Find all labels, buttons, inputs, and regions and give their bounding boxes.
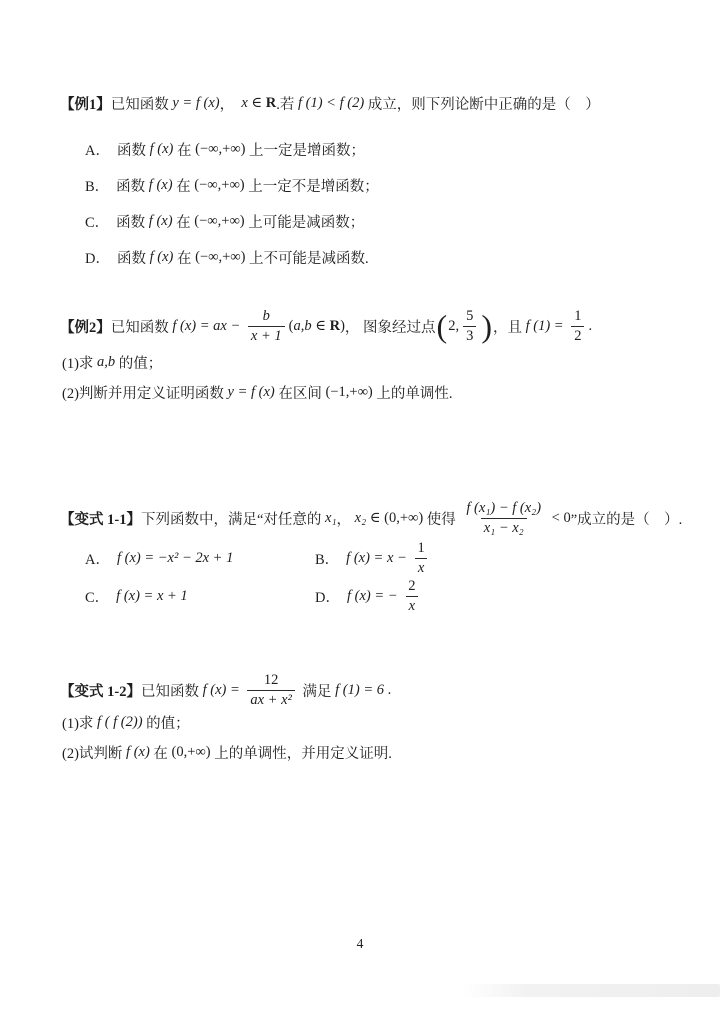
math-f1-equals: f (1) =	[526, 318, 568, 335]
option-tail: 上可能是减函数；	[245, 211, 365, 232]
math-ab: a,b	[97, 354, 115, 371]
question-tail: 的值；	[115, 352, 162, 373]
page-edge-artifact	[462, 984, 720, 997]
option-mid: 在	[173, 247, 195, 268]
option-key: D．	[85, 247, 110, 268]
example2-question2: (2)判断并用定义证明函数 y = f (x) 在区间 (−1,+∞) 上的单调…	[62, 380, 453, 404]
example2-heading: 【例2】 已知函数 f (x) = ax − b x + 1 ( a,b ∈ R…	[60, 302, 592, 350]
fraction-difference-quotient: f (x₁) − f (x₂) x₁ − x₂	[463, 500, 544, 535]
point-x: 2,	[448, 318, 459, 335]
math-fx: f (x)	[149, 213, 173, 230]
math-fx-ax: f (x) = ax −	[172, 318, 244, 335]
option-mid: 在	[173, 175, 195, 196]
fraction-1-over-2: 1 2	[571, 308, 584, 343]
math-interval: (0,+∞)	[384, 510, 427, 527]
fraction-numerator: 2	[405, 578, 418, 595]
question-tail: 的值；	[143, 712, 190, 733]
question-pre: (1)求	[62, 352, 97, 373]
math-ab-in: a,b ∈	[293, 318, 329, 335]
example1-option-c: C． 函数 f (x) 在 (−∞,+∞) 上可能是减函数；	[85, 209, 364, 233]
math-inequality: f (1) < f (2)	[298, 95, 364, 112]
fraction-numerator: 5	[463, 308, 476, 325]
fraction-denominator: x₁ − x₂	[481, 518, 527, 536]
fraction-denominator: x	[415, 558, 427, 576]
math-interval: (0,+∞)	[172, 744, 211, 761]
question-mid: 在区间	[275, 382, 326, 403]
math-x2-in: x₂ ∈	[355, 510, 384, 527]
example1-option-b: B． 函数 f (x) 在 (−∞,+∞) 上一定不是增函数；	[85, 173, 379, 197]
variant11-option-d: D． f (x) = − 2 x	[315, 574, 422, 618]
option-tail: 上一定是增函数；	[245, 139, 365, 160]
option-pre: 函数	[116, 175, 149, 196]
question-pre: (1)求	[62, 712, 97, 733]
example1-lead: 已知函数	[111, 93, 173, 114]
example2-lead: 已知函数	[111, 316, 173, 337]
math-reals-symbol: R	[330, 318, 340, 335]
example2-label: 【例2】	[60, 316, 111, 337]
comma: ，	[345, 316, 363, 337]
fraction-numerator: 12	[261, 672, 282, 689]
question-pre: (2)判断并用定义证明函数	[62, 382, 228, 403]
math-x1: x₁	[325, 510, 336, 527]
fraction-denominator: x + 1	[248, 326, 285, 344]
variant12-lead: 已知函数	[141, 680, 203, 701]
big-paren-close: )	[481, 310, 492, 342]
question-tail: 上的单调性，并用定义证明.	[211, 742, 392, 763]
option-pre: 函数	[117, 139, 150, 160]
option-key: A．	[85, 548, 110, 569]
variant11-label: 【变式 1-1】	[60, 508, 141, 529]
page-number: 4	[357, 936, 364, 952]
option-key: B．	[85, 175, 109, 196]
math-ff2: f ( f (2))	[97, 714, 143, 731]
fraction-numerator: 1	[414, 540, 427, 557]
variant11-mid: 使得	[427, 508, 460, 529]
variant12-heading: 【变式 1-2】 已知函数 f (x) = 12 ax + x² 满足 f (1…	[60, 668, 391, 712]
question-pre: (2)试判断	[62, 742, 126, 763]
option-equation: f (x) = x + 1	[116, 588, 188, 605]
fraction-numerator: 1	[571, 308, 584, 325]
math-interval: (−1,+∞)	[326, 384, 373, 401]
math-x-in: x ∈	[241, 95, 265, 112]
math-fx: f (x)	[149, 177, 173, 194]
option-pre: 函数	[117, 247, 150, 268]
math-less-than-zero: < 0	[548, 510, 571, 527]
variant11-lead: 下列函数中，满足“对任意的	[141, 508, 325, 529]
fraction-1-over-x: 1 x	[414, 540, 427, 575]
math-interval: (−∞,+∞)	[194, 213, 244, 230]
fraction-numerator: f (x₁) − f (x₂)	[463, 500, 544, 517]
option-key: D．	[315, 586, 340, 607]
fraction-numerator: b	[260, 308, 273, 325]
math-fx: f (x)	[150, 249, 174, 266]
fraction-denominator: 3	[463, 326, 476, 344]
option-key: C．	[85, 211, 109, 232]
math-fx: f (x)	[150, 141, 174, 158]
comma: ，	[220, 93, 242, 114]
fraction-denominator: x	[406, 596, 418, 614]
comma: ，	[337, 508, 355, 529]
separator: .若	[276, 93, 298, 114]
option-pre: 函数	[116, 211, 149, 232]
example1-option-d: D． 函数 f (x) 在 (−∞,+∞) 上不可能是减函数.	[85, 245, 369, 269]
option-key: C．	[85, 586, 109, 607]
variant11-option-c: C． f (x) = x + 1	[85, 574, 188, 618]
variant12-mid: 满足	[299, 680, 335, 701]
math-f1-equals-6: f (1) = 6	[335, 682, 384, 699]
option-tail: 上一定不是增函数；	[245, 175, 379, 196]
option-tail: 上不可能是减函数.	[245, 247, 368, 268]
math-fx: f (x)	[126, 744, 150, 761]
example2-mid: 图象经过点	[363, 316, 436, 337]
question-mid: 在	[150, 742, 172, 763]
math-interval: (−∞,+∞)	[194, 177, 244, 194]
example1-tail: 成立，则下列论断中正确的是（ ）	[364, 93, 600, 114]
option-mid: 在	[173, 139, 195, 160]
fraction-denominator: 2	[571, 326, 584, 344]
example1-option-a: A． 函数 f (x) 在 (−∞,+∞) 上一定是增函数；	[85, 137, 365, 161]
variant11-heading: 【变式 1-1】 下列函数中，满足“对任意的 x₁ ， x₂ ∈ (0,+∞) …	[60, 494, 682, 542]
math-reals-symbol: R	[266, 95, 276, 112]
fraction-denominator: ax + x²	[247, 690, 295, 708]
math-interval: (−∞,+∞)	[195, 141, 245, 158]
big-paren-open: (	[437, 310, 448, 342]
math-y-equals-fx: y = f (x)	[228, 384, 275, 401]
fraction-5-over-3: 5 3	[463, 308, 476, 343]
option-equation: f (x) = −	[347, 588, 401, 605]
period: .	[588, 318, 592, 335]
period: .	[384, 682, 391, 699]
worksheet-page: 【例1】 已知函数 y = f (x) ， x ∈ R .若 f (1) < f…	[0, 0, 720, 1018]
variant12-question1: (1)求 f ( f (2)) 的值；	[62, 710, 190, 734]
option-mid: 在	[173, 211, 195, 232]
math-y-equals-fx: y = f (x)	[172, 95, 219, 112]
variant11-tail: ”成立的是（ ）.	[571, 508, 683, 529]
option-key: A．	[85, 139, 110, 160]
fraction-b-over-x-plus-1: b x + 1	[248, 308, 285, 343]
math-interval: (−∞,+∞)	[195, 249, 245, 266]
and-text: ，且	[493, 316, 526, 337]
variant12-label: 【变式 1-2】	[60, 680, 141, 701]
fraction-12-over-ax-plus-x2: 12 ax + x²	[247, 672, 295, 707]
math-fx-equals: f (x) =	[203, 682, 244, 699]
option-equation: f (x) = −x² − 2x + 1	[117, 550, 233, 567]
page-footer: 4	[0, 934, 720, 954]
example2-question1: (1)求 a,b 的值；	[62, 350, 162, 374]
option-equation: f (x) = x −	[346, 550, 410, 567]
question-tail: 上的单调性.	[373, 382, 453, 403]
option-key: B．	[315, 548, 339, 569]
fraction-2-over-x: 2 x	[405, 578, 418, 613]
example1-heading: 【例1】 已知函数 y = f (x) ， x ∈ R .若 f (1) < f…	[60, 90, 600, 116]
variant12-question2: (2)试判断 f (x) 在 (0,+∞) 上的单调性，并用定义证明.	[62, 740, 392, 764]
example1-label: 【例1】	[60, 93, 111, 114]
